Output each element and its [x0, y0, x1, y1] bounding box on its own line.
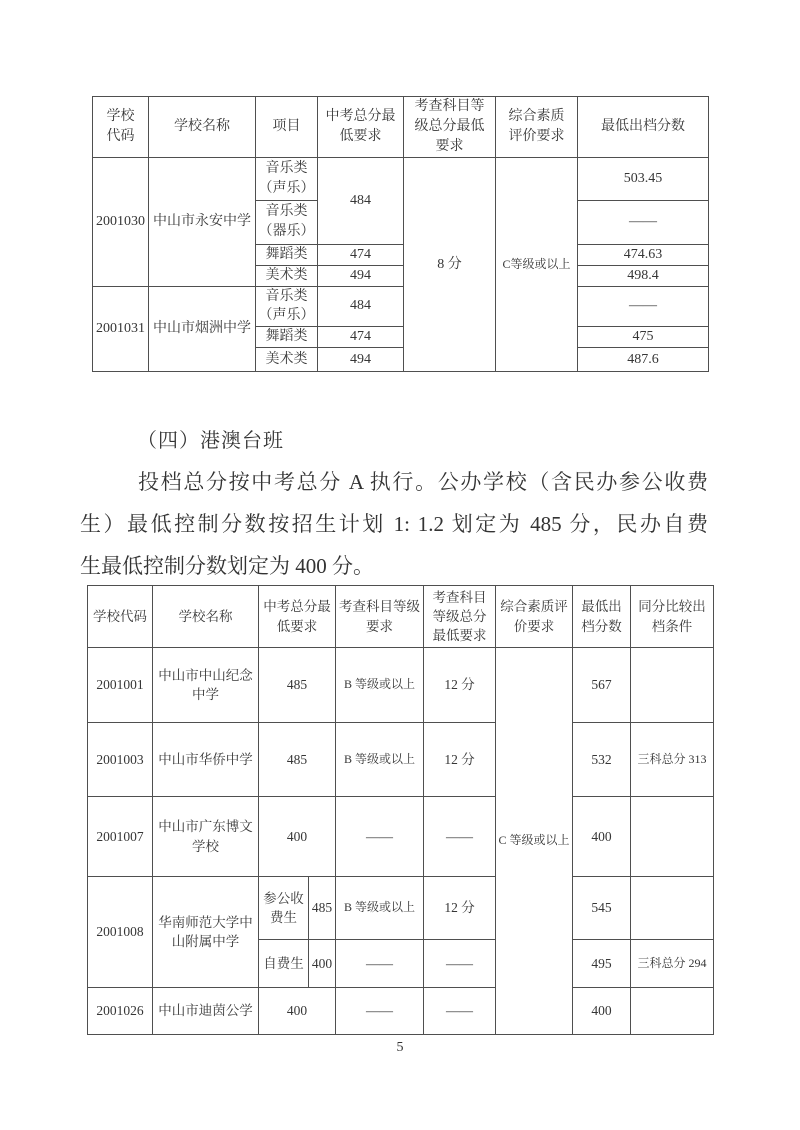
col-header-school-code: 学校代码	[88, 586, 153, 648]
school-name-cell: 中山市中山纪念 中学	[153, 648, 259, 723]
subject-grade-min-cell: ——	[424, 797, 496, 877]
cutoff-score-cell: 532	[573, 723, 631, 797]
section-heading: （四）港澳台班	[137, 424, 284, 453]
min-score-cell: 484	[318, 286, 404, 327]
school-name-cell: 中山市永安中学	[149, 157, 256, 286]
document-page: 学校 代码 学校名称 项目 中考总分最 低要求 考查科目等 级总分最低 要求 综…	[0, 0, 800, 1130]
item-cell: 美术类	[256, 265, 318, 286]
cutoff-score-cell: ——	[578, 200, 709, 244]
min-score-cell: 494	[318, 265, 404, 286]
paragraph-line: 生最低控制分数划定为 400 分。	[80, 545, 708, 587]
cutoff-score-cell: 475	[578, 327, 709, 348]
item-cell: 舞蹈类	[256, 244, 318, 265]
paragraph-line: 投档总分按中考总分 A 执行。公办学校（含民办参公收费	[80, 461, 708, 503]
col-header-min-total: 中考总分最 低要求	[318, 97, 404, 158]
cutoff-score-cell: 567	[573, 648, 631, 723]
table-row: 2001007 中山市广东博文 学校 400 —— —— 400	[88, 797, 714, 877]
hk-macao-taiwan-class-table: 学校代码 学校名称 中考总分最 低要求 考查科目等级 要求 考查科目 等级总分 …	[87, 585, 714, 1035]
min-score-cell: 485	[309, 877, 336, 940]
subject-grade-cell: ——	[336, 797, 424, 877]
school-code-cell: 2001008	[88, 877, 153, 988]
table-row: 2001026 中山市迪茵公学 400 —— —— 400	[88, 988, 714, 1035]
cutoff-score-cell: ——	[578, 286, 709, 327]
col-header-school-name: 学校名称	[149, 97, 256, 158]
item-cell: 舞蹈类	[256, 327, 318, 348]
table-row: 2001008 华南师范大学中 山附属中学 参公收 费生 485 B 等级或以上…	[88, 877, 714, 940]
subject-grade-min-cell: 12 分	[424, 723, 496, 797]
cutoff-score-cell: 400	[573, 988, 631, 1035]
cutoff-score-cell: 400	[573, 797, 631, 877]
col-header-school-name: 学校名称	[153, 586, 259, 648]
min-score-cell: 400	[309, 940, 336, 988]
col-header-subject-grade-min: 考查科目 等级总分 最低要求	[424, 586, 496, 648]
item-cell: 音乐类 （声乐）	[256, 286, 318, 327]
paragraph: 投档总分按中考总分 A 执行。公办学校（含民办参公收费 生）最低控制分数按招生计…	[80, 461, 708, 587]
col-header-subject-grade-min: 考查科目等 级总分最低 要求	[404, 97, 496, 158]
tiebreak-cell: 三科总分 294	[631, 940, 714, 988]
col-header-item: 项目	[256, 97, 318, 158]
cutoff-score-cell: 545	[573, 877, 631, 940]
subject-grade-min-cell: 12 分	[424, 648, 496, 723]
subject-grade-cell: ——	[336, 988, 424, 1035]
col-header-quality-eval: 综合素质评 价要求	[496, 586, 573, 648]
min-score-cell: 400	[259, 797, 336, 877]
table-row: 2001001 中山市中山纪念 中学 485 B 等级或以上 12 分 C 等级…	[88, 648, 714, 723]
tiebreak-cell	[631, 877, 714, 940]
table-row: 2001030 中山市永安中学 音乐类 （声乐） 484 8 分 C等级或以上 …	[93, 157, 709, 200]
subject-grade-cell: ——	[336, 940, 424, 988]
school-name-cell: 中山市烟洲中学	[149, 286, 256, 372]
school-code-cell: 2001007	[88, 797, 153, 877]
item-cell: 音乐类 （器乐）	[256, 200, 318, 244]
cutoff-score-cell: 487.6	[578, 348, 709, 372]
school-code-cell: 2001001	[88, 648, 153, 723]
min-score-cell: 474	[318, 327, 404, 348]
col-header-cutoff: 最低出 档分数	[573, 586, 631, 648]
school-code-cell: 2001003	[88, 723, 153, 797]
subject-grade-cell: B 等级或以上	[336, 648, 424, 723]
cutoff-score-cell: 503.45	[578, 157, 709, 200]
school-name-cell: 中山市华侨中学	[153, 723, 259, 797]
student-type-cell: 自费生	[259, 940, 309, 988]
min-score-cell: 400	[259, 988, 336, 1035]
tiebreak-cell	[631, 648, 714, 723]
school-code-cell: 2001031	[93, 286, 149, 372]
cutoff-score-cell: 498.4	[578, 265, 709, 286]
col-header-tiebreak: 同分比较出 档条件	[631, 586, 714, 648]
min-score-cell: 485	[259, 648, 336, 723]
tiebreak-cell: 三科总分 313	[631, 723, 714, 797]
art-sports-score-table: 学校 代码 学校名称 项目 中考总分最 低要求 考查科目等 级总分最低 要求 综…	[92, 96, 709, 372]
cutoff-score-cell: 495	[573, 940, 631, 988]
table-row: 2001031 中山市烟洲中学 音乐类 （声乐） 484 ——	[93, 286, 709, 327]
quality-eval-cell: C 等级或以上	[496, 648, 573, 1035]
subject-grade-min-cell: ——	[424, 988, 496, 1035]
school-code-cell: 2001026	[88, 988, 153, 1035]
cutoff-score-cell: 474.63	[578, 244, 709, 265]
min-score-cell: 474	[318, 244, 404, 265]
table-row: 2001003 中山市华侨中学 485 B 等级或以上 12 分 532 三科总…	[88, 723, 714, 797]
student-type-cell: 参公收 费生	[259, 877, 309, 940]
school-name-cell: 中山市广东博文 学校	[153, 797, 259, 877]
col-header-subject-grade: 考查科目等级 要求	[336, 586, 424, 648]
tiebreak-cell	[631, 988, 714, 1035]
quality-eval-cell: C等级或以上	[496, 157, 578, 372]
subject-grade-cell: B 等级或以上	[336, 877, 424, 940]
item-cell: 美术类	[256, 348, 318, 372]
min-score-cell: 494	[318, 348, 404, 372]
tiebreak-cell	[631, 797, 714, 877]
subject-grade-cell: B 等级或以上	[336, 723, 424, 797]
subject-grade-min-cell: 8 分	[404, 157, 496, 372]
school-name-cell: 中山市迪茵公学	[153, 988, 259, 1035]
paragraph-line: 生）最低控制分数按招生计划 1: 1.2 划定为 485 分，民办自费	[80, 503, 708, 545]
min-score-cell: 484	[318, 157, 404, 244]
subject-grade-min-cell: 12 分	[424, 877, 496, 940]
col-header-min-total: 中考总分最 低要求	[259, 586, 336, 648]
school-name-cell: 华南师范大学中 山附属中学	[153, 877, 259, 988]
school-code-cell: 2001030	[93, 157, 149, 286]
col-header-cutoff: 最低出档分数	[578, 97, 709, 158]
subject-grade-min-cell: ——	[424, 940, 496, 988]
col-header-quality-eval: 综合素质 评价要求	[496, 97, 578, 158]
col-header-school-code: 学校 代码	[93, 97, 149, 158]
item-cell: 音乐类 （声乐）	[256, 157, 318, 200]
min-score-cell: 485	[259, 723, 336, 797]
page-number: 5	[0, 1040, 800, 1056]
